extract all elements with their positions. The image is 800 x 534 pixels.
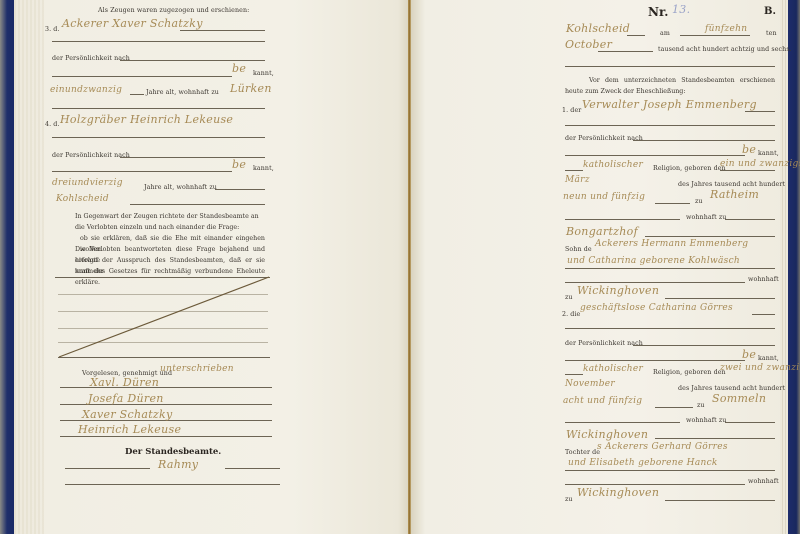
rule (130, 204, 265, 205)
bride-birth-month: November (565, 379, 615, 389)
groom-birthplace: Ratheim (710, 188, 759, 201)
groom-name: Verwalter Joseph Emmenberg (582, 98, 757, 111)
read-approved-hand: unterschrieben (160, 364, 234, 374)
bride-parents-line1: s Ackerers Gerhard Görres (597, 442, 728, 452)
rule (52, 171, 232, 172)
witnesses-header: Als Zeugen waren zugezogen und erschiene… (98, 7, 249, 14)
rule (52, 137, 265, 138)
groom-religion-label: Religion, geboren den (653, 165, 726, 172)
marriage-day: fünfzehn (705, 24, 747, 34)
book-cover-left (0, 0, 14, 534)
bride-persoenlichkeit-label: der Persönlichkeit nach (565, 340, 643, 347)
rule (565, 125, 775, 126)
groom-parents-zu-label: zu (565, 294, 573, 301)
intro-text: Vor dem unterzeichneten Standesbeamten e… (565, 75, 775, 97)
rule (725, 422, 775, 423)
rule (745, 111, 775, 112)
rule (120, 60, 265, 61)
bride-number: 2. die (562, 311, 580, 318)
rule (60, 436, 272, 437)
groom-son-label: Sohn de (565, 246, 592, 253)
bride-parents-wohnhaft-label: wohnhaft (748, 478, 779, 485)
bride-religion-label: Religion, geboren den (653, 369, 726, 376)
rule (65, 484, 280, 485)
witness3-age-label: Jahre alt, wohnhaft zu (146, 89, 219, 96)
witness4-known-suffix: kannt, (253, 165, 274, 172)
rule (180, 30, 265, 31)
witness3-age: einundzwanzig (50, 85, 122, 95)
witness3-known-suffix: kannt, (253, 70, 274, 77)
groom-parents-line2: und Catharina geborene Kohlwäsch (567, 256, 740, 266)
groom-residence: Bongartzhof (566, 225, 638, 238)
signature-4: Heinrich Lekeuse (78, 423, 181, 436)
official-signature: Rahmy (158, 458, 198, 471)
groom-birth-month: März (565, 175, 590, 185)
rule (565, 268, 775, 269)
rule (65, 468, 150, 469)
bride-known: be (742, 348, 756, 361)
bride-parents-zu-label: zu (565, 496, 573, 503)
rule (665, 500, 775, 501)
rule (52, 76, 232, 77)
ten-label: ten (766, 30, 777, 37)
groom-known: be (742, 143, 756, 156)
rule (565, 374, 583, 375)
rule (225, 468, 280, 469)
section-letter: B. (764, 6, 776, 17)
witness3-known: be (232, 62, 246, 75)
page-edges-left (14, 0, 44, 534)
witness4-number: 4. d. (45, 121, 60, 128)
groom-parents-wohnhaft-label: wohnhaft (748, 276, 779, 283)
groom-religion: katholischer (583, 160, 643, 170)
rule (655, 407, 693, 408)
page-edges-right (780, 0, 788, 534)
bride-parents-line2: und Elisabeth geborene Hanck (568, 458, 718, 468)
bride-birthplace: Sommeln (712, 392, 766, 405)
rule (565, 219, 680, 220)
bride-year-label: des Jahres tausend acht hundert (678, 385, 785, 392)
groom-parents-line1: Ackerers Hermann Emmenberg (595, 239, 748, 249)
marriage-month: October (565, 38, 612, 51)
rule (565, 484, 745, 485)
rule (725, 219, 775, 220)
signature-3: Xaver Schatzky (82, 408, 173, 421)
witness4-residence: Kohlscheid (56, 194, 109, 204)
official-label: Der Standesbeamte. (125, 447, 221, 457)
witness3-persoenlichkeit-label: der Persönlichkeit nach (52, 55, 130, 62)
groom-known-suffix: kannt, (758, 150, 779, 157)
rule (565, 328, 775, 329)
bride-zu-label: zu (697, 402, 705, 409)
ceremony-line-1: In Gegenwart der Zeugen richtete der Sta… (75, 211, 265, 222)
groom-persoenlichkeit-label: der Persönlichkeit nach (565, 135, 643, 142)
witness4-name: Holzgräber Heinrich Lekeuse (60, 113, 233, 126)
bride-religion: katholischer (583, 364, 643, 374)
rule (565, 170, 583, 171)
groom-zu-label: zu (695, 198, 703, 205)
rule (720, 170, 775, 171)
groom-parents-residence: Wickinghoven (577, 284, 659, 297)
bride-birth-year: acht und fünfzig (563, 396, 642, 406)
year-text: tausend acht hundert achtzig und sechs. (658, 46, 792, 53)
place: Kohlscheid (566, 22, 630, 35)
rule (655, 438, 775, 439)
rule (598, 51, 653, 52)
witness3-residence: Lürken (230, 82, 272, 95)
groom-birth-year: neun und fünfzig (563, 192, 645, 202)
witness3-name: Ackerer Xaver Schatzky (62, 17, 203, 30)
signature-1: Xavl. Düren (90, 376, 159, 389)
bride-parents-residence: Wickinghoven (577, 486, 659, 499)
rule (633, 140, 775, 141)
bride-known-suffix: kannt, (758, 355, 779, 362)
rule (565, 155, 745, 156)
rule (627, 35, 645, 36)
bride-birth-day: zwei und zwanzigsten (720, 363, 800, 373)
rule (215, 189, 265, 190)
entry-number-label: Nr. (648, 5, 668, 19)
rule (52, 108, 265, 109)
bride-wohnhaft-label: wohnhaft zu (686, 417, 726, 424)
strike-through-line (55, 272, 275, 362)
ceremony-line-2: die Verlobten einzeln und nach einander … (75, 222, 265, 233)
book-cover-right (788, 0, 800, 534)
witness4-persoenlichkeit-label: der Persönlichkeit nach (52, 152, 130, 159)
groom-wohnhaft-label: wohnhaft zu (686, 214, 726, 221)
bride-residence: Wickinghoven (566, 428, 648, 441)
rule (680, 35, 750, 36)
rule (645, 236, 775, 237)
rule (655, 203, 690, 204)
entry-number: 13. (672, 3, 690, 16)
am-label: am (660, 30, 670, 37)
rule (130, 94, 144, 95)
rule (565, 282, 745, 283)
witness3-number: 3. d. (45, 26, 60, 33)
rule (565, 360, 745, 361)
rule (633, 345, 775, 346)
rule (752, 314, 775, 315)
witness4-known: be (232, 158, 246, 171)
rule (565, 66, 775, 67)
bride-daughter-label: Tochter de (565, 449, 600, 456)
book-gutter (408, 0, 411, 534)
groom-number: 1. der (562, 107, 581, 114)
witness4-age: dreiundvierzig (52, 178, 123, 188)
rule (565, 422, 680, 423)
witness4-age-label: Jahre alt, wohnhaft zu (144, 184, 217, 191)
rule (665, 298, 775, 299)
rule (565, 470, 775, 471)
rule (52, 41, 265, 42)
signature-2: Josefa Düren (88, 392, 164, 405)
groom-birth-day-part1: ein und zwanzigsten (720, 159, 800, 169)
bride-name: geschäftslose Catharina Görres (580, 303, 733, 313)
groom-year-label: des Jahres tausend acht hundert (678, 181, 785, 188)
